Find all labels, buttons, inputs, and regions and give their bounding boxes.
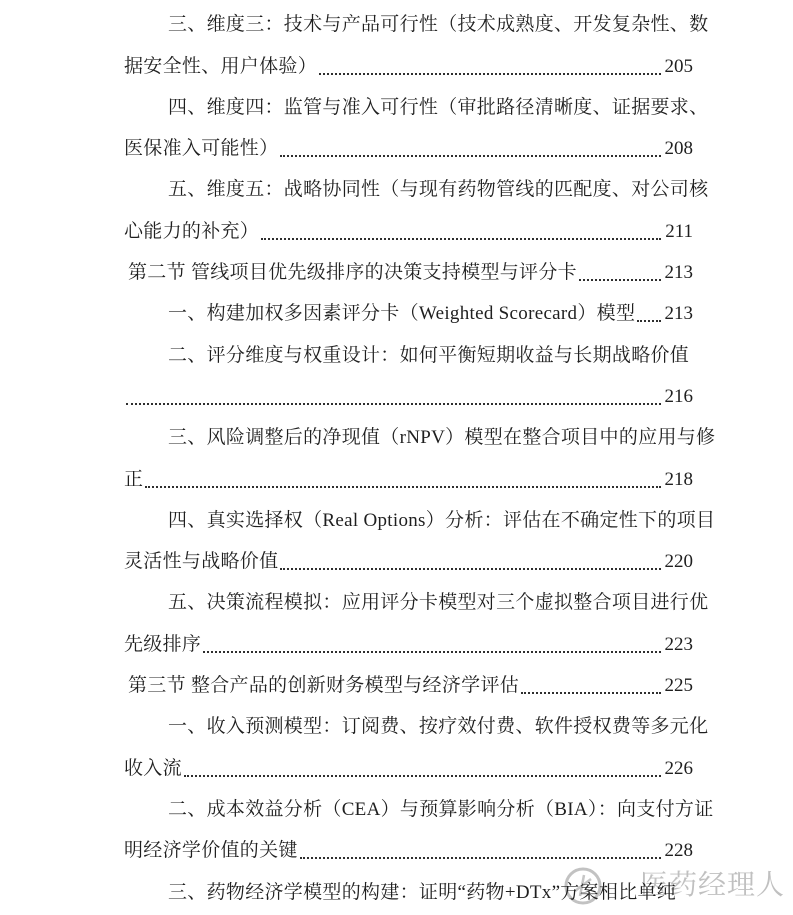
toc-entry-text: 二、成本效益分析（CEA）与预算影响分析（BIA）：向支付方证 (168, 799, 714, 821)
toc-page-number: 208 (665, 138, 694, 160)
toc-entry: 四、维度四：监管与准入可行性（审批路径清晰度、证据要求、 (0, 85, 793, 126)
toc-entry-text: 先级排序 (124, 634, 201, 656)
toc-entry: 医保准入可能性）208 (0, 126, 793, 167)
toc-entry: 心能力的补充）211 (0, 208, 793, 249)
toc-leader-dots (319, 73, 660, 75)
toc-entry: 一、收入预测模型：订阅费、按疗效付费、软件授权费等多元化 (0, 704, 793, 745)
toc-entry: 据安全性、用户体验）205 (0, 43, 793, 84)
toc-entry: 五、维度五：战略协同性（与现有药物管线的匹配度、对公司核 (0, 167, 793, 208)
toc-entry: 明经济学价值的关键228 (0, 828, 793, 869)
toc-entry-text: 心能力的补充） (124, 221, 259, 243)
toc-entry: 二、成本效益分析（CEA）与预算影响分析（BIA）：向支付方证 (0, 787, 793, 828)
toc-entry: 收入流226 (0, 745, 793, 786)
toc-leader-dots (126, 403, 661, 405)
toc-entry-text: 二、评分维度与权重设计：如何平衡短期收益与长期战略价值 (168, 345, 689, 367)
toc-entry-text: 五、决策流程模拟：应用评分卡模型对三个虚拟整合项目进行优 (168, 592, 708, 614)
toc-entry: 先级排序223 (0, 621, 793, 662)
toc-entry-text: 灵活性与战略价值 (124, 551, 278, 573)
toc-entry: 二、评分维度与权重设计：如何平衡短期收益与长期战略价值 (0, 332, 793, 373)
toc-entry: 三、维度三：技术与产品可行性（技术成熟度、开发复杂性、数 (0, 2, 793, 43)
toc-entry: 灵活性与战略价值220 (0, 539, 793, 580)
toc-list: 三、维度三：技术与产品可行性（技术成熟度、开发复杂性、数据安全性、用户体验）20… (0, 2, 793, 911)
toc-leader-dots (637, 320, 660, 322)
toc-entry-text: 五、维度五：战略协同性（与现有药物管线的匹配度、对公司核 (168, 179, 708, 201)
toc-page-number: 216 (665, 386, 694, 408)
toc-entry-text: 三、维度三：技术与产品可行性（技术成熟度、开发复杂性、数 (168, 14, 708, 36)
toc-entry-text: 三、药物经济学模型的构建：证明“药物+DTx”方案相比单纯 (168, 882, 676, 904)
toc-entry-text: 收入流 (124, 758, 182, 780)
toc-entry-text: 一、收入预测模型：订阅费、按疗效付费、软件授权费等多元化 (168, 716, 708, 738)
toc-entry-text: 三、风险调整后的净现值（rNPV）模型在整合项目中的应用与修 (168, 427, 715, 449)
toc-entry: 五、决策流程模拟：应用评分卡模型对三个虚拟整合项目进行优 (0, 580, 793, 621)
toc-entry-text: 明经济学价值的关键 (124, 840, 298, 862)
toc-entry-text: 第二节 管线项目优先级排序的决策支持模型与评分卡 (128, 262, 577, 284)
toc-page-number: 228 (665, 840, 694, 862)
toc-leader-dots (280, 568, 660, 570)
toc-page-number: 213 (665, 303, 694, 325)
toc-entry-text: 一、构建加权多因素评分卡（Weighted Scorecard）模型 (168, 303, 635, 325)
toc-leader-dots (261, 238, 661, 240)
toc-entry: 第三节 整合产品的创新财务模型与经济学评估225 (0, 663, 793, 704)
toc-page-number: 226 (665, 758, 694, 780)
toc-leader-dots (145, 486, 660, 488)
document-page: 医药经理人 三、维度三：技术与产品可行性（技术成熟度、开发复杂性、数据安全性、用… (0, 0, 793, 915)
toc-entry-text: 四、真实选择权（Real Options）分析：评估在不确定性下的项目 (168, 510, 715, 532)
toc-leader-dots (184, 775, 661, 777)
toc-page-number: 205 (665, 56, 694, 78)
toc-entry: 正218 (0, 456, 793, 497)
toc-entry: 216 (0, 374, 793, 415)
toc-leader-dots (203, 651, 660, 653)
toc-entry: 第二节 管线项目优先级排序的决策支持模型与评分卡213 (0, 250, 793, 291)
toc-page-number: 218 (665, 469, 694, 491)
toc-page-number: 223 (665, 634, 694, 656)
toc-leader-dots (521, 692, 660, 694)
toc-entry-text: 正 (124, 469, 143, 491)
toc-entry: 四、真实选择权（Real Options）分析：评估在不确定性下的项目 (0, 498, 793, 539)
toc-page-number: 213 (665, 262, 694, 284)
toc-entry: 三、风险调整后的净现值（rNPV）模型在整合项目中的应用与修 (0, 415, 793, 456)
toc-page-number: 211 (665, 221, 693, 243)
toc-entry-text: 医保准入可能性） (124, 138, 278, 160)
toc-entry-text: 据安全性、用户体验） (124, 56, 317, 78)
toc-entry-text: 第三节 整合产品的创新财务模型与经济学评估 (128, 675, 519, 697)
toc-page-number: 220 (665, 551, 694, 573)
toc-entry: 一、构建加权多因素评分卡（Weighted Scorecard）模型213 (0, 291, 793, 332)
toc-leader-dots (280, 155, 660, 157)
toc-entry: 三、药物经济学模型的构建：证明“药物+DTx”方案相比单纯 (0, 869, 793, 910)
toc-page-number: 225 (665, 675, 694, 697)
toc-leader-dots (579, 279, 661, 281)
toc-entry-text: 四、维度四：监管与准入可行性（审批路径清晰度、证据要求、 (168, 97, 708, 119)
toc-leader-dots (300, 857, 661, 859)
